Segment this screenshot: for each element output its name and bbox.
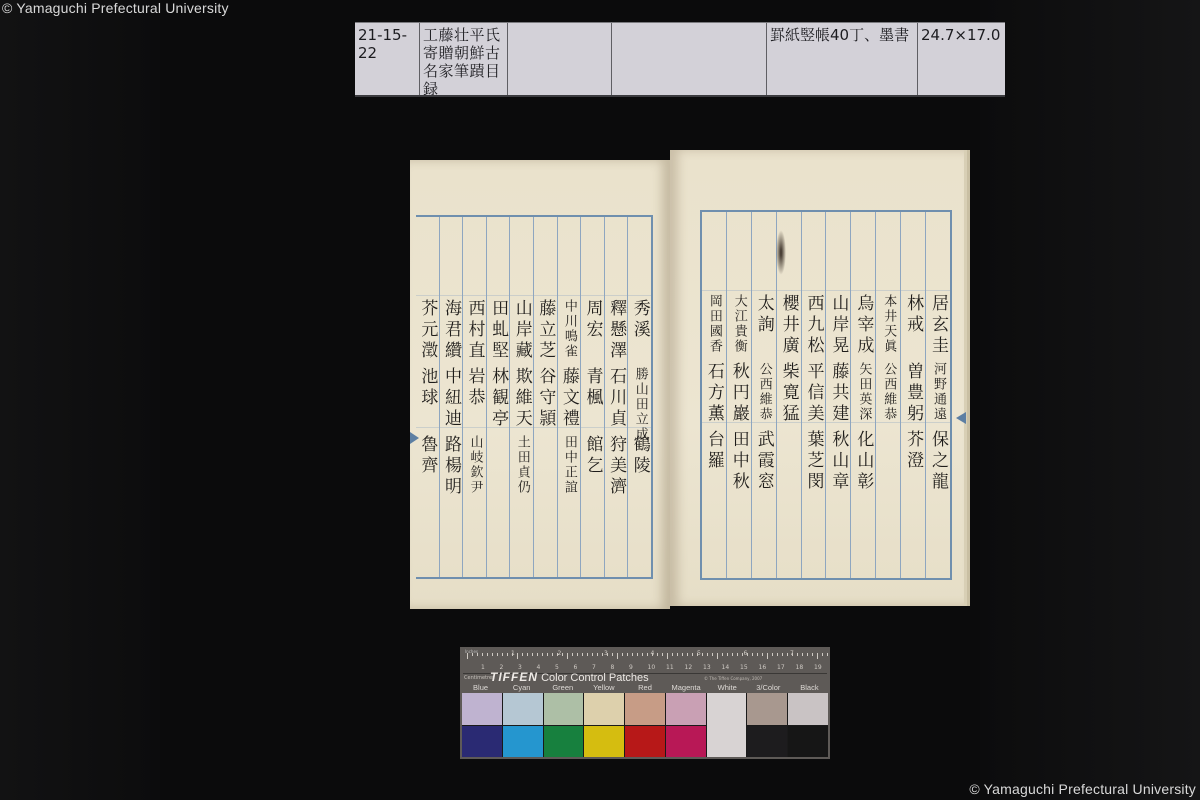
ruler-tick (507, 653, 508, 656)
ruler-tick (497, 653, 498, 656)
ruler-tick (807, 653, 808, 656)
catalog-id: 21-15-22 (355, 23, 420, 95)
ruler-tick (492, 653, 493, 656)
patch-name: Red (624, 683, 665, 692)
catalog-empty-cell-b (612, 23, 767, 95)
handwritten-name: 武霞窓 (754, 430, 774, 493)
handwritten-name: 田中秋 (729, 430, 749, 493)
ruler-tick (687, 653, 688, 656)
color-patch-3-color-dark (747, 726, 787, 758)
handwritten-name: 青楓 (583, 367, 603, 409)
ruler-tick (772, 653, 773, 656)
catalog-empty-cell-a (508, 23, 612, 95)
ruler-cm-number: 13 (703, 664, 711, 671)
ruler-tick (682, 653, 683, 656)
handwritten-name: 館乞 (583, 435, 603, 477)
handwritten-name: 山岐欽尹 (465, 435, 485, 495)
tiffen-logo: TIFFEN (490, 670, 538, 684)
handwritten-name: 矢田英深 (853, 362, 873, 422)
ruled-column: 中川鳴雀藤文禮田中正誼 (557, 217, 581, 577)
watermark-bottom-right: © Yamaguchi Prefectural University (969, 781, 1196, 797)
patch-name: Yellow (583, 683, 624, 692)
ruled-line (851, 422, 875, 423)
ruler-tick (627, 653, 628, 656)
color-patch-cyan-light (503, 693, 543, 725)
handwritten-name: 魯齊 (417, 435, 437, 477)
handwritten-name: 台羅 (704, 430, 724, 472)
ruler-tick (537, 653, 538, 656)
ruled-column: 芥元澂池球魯齊 (416, 217, 439, 577)
catalog-format: 罫紙竪帳40丁、墨書 (767, 23, 918, 95)
color-patch-green-light (544, 693, 584, 725)
ruler-tick (757, 653, 758, 656)
color-patch-blue-dark (462, 726, 502, 758)
ruler-tick (647, 653, 648, 656)
ruled-line (558, 295, 581, 296)
ruler-tick (717, 653, 718, 659)
ruled-frame-right: 居玄圭河野通遠保之龍林戒曽豊躬芥澄本井天眞公西維恭烏宰成矢田英深化山彰山岸晃藤共… (700, 210, 952, 580)
page-tab-marker (956, 412, 966, 424)
ruler-tick (777, 653, 778, 656)
handwritten-name: 居玄圭 (928, 294, 948, 357)
color-patch-cyan-dark (503, 726, 543, 758)
handwritten-name: 海君纘 (441, 299, 461, 362)
ruler-tick (662, 653, 663, 656)
ruler-tick (752, 653, 753, 656)
handwritten-name: 本井天眞 (878, 294, 898, 354)
ruler-tick (732, 653, 733, 656)
ruler-tick (562, 653, 563, 656)
ruler-tick (702, 653, 703, 656)
color-patch-magenta-light (666, 693, 706, 725)
ruled-line (752, 422, 776, 423)
handwritten-name: 池球 (417, 367, 437, 409)
ruled-column: 藤立芝谷守頴 (533, 217, 557, 577)
handwritten-name: 中紐迪 (441, 367, 461, 430)
ruled-column: 太詢公西維恭武霞窓 (751, 212, 776, 578)
ruled-line (876, 290, 900, 291)
ruled-line (581, 295, 604, 296)
handwritten-name: 秋円巖 (729, 362, 749, 425)
ruler-inch-number: 6 (744, 650, 748, 657)
ruler-cm-number: 16 (759, 664, 767, 671)
ruler-cm-number: 18 (796, 664, 804, 671)
handwritten-name: 石方薫 (704, 362, 724, 425)
color-patch-red-dark (625, 726, 665, 758)
ruler-tick (552, 653, 553, 656)
handwritten-name: 曽豊躬 (903, 362, 923, 425)
ruled-column: 居玄圭河野通遠保之龍 (925, 212, 950, 578)
ruler-tick (482, 653, 483, 656)
ruler-tick (827, 653, 828, 656)
ruler-tick (767, 653, 768, 659)
handwritten-name: 土田貞仍 (512, 435, 532, 495)
ruler-tick (802, 653, 803, 656)
ruler-tick (712, 653, 713, 656)
handwritten-name: 化山彰 (853, 430, 873, 493)
ruled-line (802, 290, 826, 291)
color-control-chart: Inches 123456789101112131415161718191234… (460, 647, 830, 759)
ruler-tick (787, 653, 788, 656)
handwritten-name: 芥澄 (903, 430, 923, 472)
handwritten-name: 河野通遠 (928, 362, 948, 422)
ruled-line (727, 290, 751, 291)
ruler-tick (692, 653, 693, 656)
patch-name: Green (542, 683, 583, 692)
handwritten-name: 公西維恭 (754, 362, 774, 422)
handwritten-name: 欺維天 (512, 367, 532, 430)
ruler-tick (587, 653, 588, 656)
ruler-tick (602, 653, 603, 656)
color-patch-black-dark (788, 726, 828, 758)
ruled-column: 山岸藏欺維天土田貞仍 (509, 217, 533, 577)
watermark-top-left: © Yamaguchi Prefectural University (2, 0, 229, 16)
handwritten-name: 勝山田立成 (630, 367, 650, 442)
ruled-column: 山岸晃藤共建秋山章 (825, 212, 850, 578)
ruler-tick (547, 653, 548, 656)
ruler-tick (632, 653, 633, 656)
patch-name: Blue (460, 683, 501, 692)
handwritten-name: 鶴陵 (630, 435, 650, 477)
ruler-tick (822, 653, 823, 656)
ruler-inch-number: 5 (697, 650, 701, 657)
ruler-tick (762, 653, 763, 656)
ruled-column: 岡田國香石方薫台羅 (702, 212, 726, 578)
ruled-column: 秀溪勝山田立成鶴陵 (627, 217, 651, 577)
ruler-tick (477, 653, 478, 656)
ruled-line (702, 290, 726, 291)
catalog-table-row: 21-15-22 工藤壮平氏寄贈朝鮮古名家筆蹟目録 罫紙竪帳40丁、墨書 24.… (355, 22, 1005, 97)
ruled-column: 本井天眞公西維恭 (875, 212, 900, 578)
handwritten-name: 田虬堅 (488, 299, 508, 362)
ruled-column: 周宏青楓館乞 (580, 217, 604, 577)
handwritten-name: 櫻井廣 (779, 294, 799, 357)
handwritten-name: 太詢 (754, 294, 774, 336)
patch-name: Magenta (666, 683, 707, 692)
ruled-line (487, 295, 510, 296)
ruled-column: 烏宰成矢田英深化山彰 (850, 212, 875, 578)
ruled-column: 西村直岩恭山岐欽尹 (462, 217, 486, 577)
ruler-tick (572, 653, 573, 656)
ruler-tick (582, 653, 583, 656)
ruler-cm-number: 11 (666, 664, 674, 671)
ruler-tick (737, 653, 738, 656)
handwritten-name: 狩美濟 (606, 435, 626, 498)
ruled-line (628, 295, 651, 296)
handwritten-name: 柴寛猛 (779, 362, 799, 425)
color-patch-blue-light (462, 693, 502, 725)
chart-copyright: © The Tiffen Company, 2007 (704, 676, 762, 681)
handwritten-name: 藤共建 (828, 362, 848, 425)
color-patch-yellow-light (584, 693, 624, 725)
ruler-tick (657, 653, 658, 656)
background-right (980, 0, 1200, 800)
ruled-column: 林戒曽豊躬芥澄 (900, 212, 925, 578)
ruled-line (926, 290, 950, 291)
handwritten-name: 平信美 (804, 362, 824, 425)
ruler-tick (502, 653, 503, 656)
ink-stain (776, 230, 786, 275)
ruler-tick (642, 653, 643, 656)
ruler-tick (522, 653, 523, 656)
handwritten-name: 田中正誼 (559, 435, 579, 495)
ruled-line (605, 295, 628, 296)
patch-name: Cyan (501, 683, 542, 692)
ruler-tick (517, 653, 518, 659)
ruler-tick (577, 653, 578, 656)
ruler-tick (707, 653, 708, 656)
handwritten-name: 公西維恭 (878, 362, 898, 422)
ruler-tick (617, 653, 618, 659)
chart-brand-title: TIFFEN Color Control Patches (490, 670, 649, 684)
handwritten-name: 保之龍 (928, 430, 948, 493)
handwritten-name: 芥元澂 (417, 299, 437, 362)
ruler-cm-number: 19 (814, 664, 822, 671)
ruled-line (777, 290, 801, 291)
handwritten-name: 路楊明 (441, 435, 461, 498)
handwritten-name: 林観亭 (488, 367, 508, 430)
ruler-tick (542, 653, 543, 656)
handwritten-name: 岡田國香 (704, 294, 724, 354)
handwritten-name: 谷守頴 (535, 367, 555, 430)
ruler-tick (727, 653, 728, 656)
handwritten-name: 秋山章 (828, 430, 848, 493)
handwritten-name: 石川貞 (606, 367, 626, 430)
color-patch-white-light (707, 693, 747, 757)
ruled-line (416, 295, 439, 296)
ruled-column: 田虬堅林観亭 (486, 217, 510, 577)
ruler-inch-number: 4 (651, 650, 655, 657)
patch-name: White (707, 683, 748, 692)
handwritten-name: 釋懸澤 (606, 299, 626, 362)
ruler-cm-number: 17 (777, 664, 785, 671)
handwritten-name: 岩恭 (465, 367, 485, 409)
ruled-line (826, 290, 850, 291)
color-patch-magenta-dark (666, 726, 706, 758)
ruler-tick (487, 653, 488, 656)
ruler-tick (472, 653, 473, 656)
ruler-cm-number: 15 (740, 664, 748, 671)
ruler-tick (782, 653, 783, 656)
handwritten-name: 西九松 (804, 294, 824, 357)
patch-name: Black (789, 683, 830, 692)
color-patch-yellow-dark (584, 726, 624, 758)
ruler-tick (812, 653, 813, 656)
ruler-cm-number: 12 (685, 664, 693, 671)
ruler-tick (667, 653, 668, 659)
ruled-line (901, 290, 925, 291)
color-patch-red-light (625, 693, 665, 725)
ruler-tick (532, 653, 533, 656)
catalog-title: 工藤壮平氏寄贈朝鮮古名家筆蹟目録 (420, 23, 508, 95)
ruler-inch-number: 1 (511, 650, 515, 657)
handwritten-name: 烏宰成 (853, 294, 873, 357)
ruled-column: 海君纘中紐迪路楊明 (439, 217, 463, 577)
ruler-cm-number: 14 (722, 664, 730, 671)
handwritten-name: 西村直 (465, 299, 485, 362)
ruled-line (510, 295, 533, 296)
ruler-inch-number: 7 (790, 650, 794, 657)
ruled-line (851, 290, 875, 291)
ruler-tick (677, 653, 678, 656)
ruled-column: 大江貴衡秋円巖田中秋 (726, 212, 751, 578)
ruler-tick (597, 653, 598, 656)
ruled-frame-left: 秀溪勝山田立成鶴陵釋懸澤石川貞狩美濟周宏青楓館乞中川鳴雀藤文禮田中正誼藤立芝谷守… (416, 215, 653, 579)
handwritten-name: 大江貴衡 (729, 294, 749, 354)
ruled-line (752, 290, 776, 291)
ruler-tick (797, 653, 798, 656)
color-patches (462, 693, 828, 757)
ruler-tick (612, 653, 613, 656)
background-left (0, 0, 160, 800)
color-patch-3-color-light (747, 693, 787, 725)
handwritten-name: 藤立芝 (535, 299, 555, 362)
book-right-page: 居玄圭河野通遠保之龍林戒曽豊躬芥澄本井天眞公西維恭烏宰成矢田英深化山彰山岸晃藤共… (670, 150, 964, 606)
ruled-line (463, 295, 486, 296)
ruler-tick (567, 653, 568, 659)
handwritten-name: 林戒 (903, 294, 923, 336)
ruled-line (581, 427, 604, 428)
ruler-tick (672, 653, 673, 656)
ruler-tick (722, 653, 723, 656)
ruler-tick (527, 653, 528, 656)
ruler-inch-number: 3 (604, 650, 608, 657)
ruler-tick (817, 653, 818, 659)
color-patch-green-dark (544, 726, 584, 758)
handwritten-name: 秀溪 (630, 299, 650, 341)
patch-name: 3/Color (748, 683, 789, 692)
handwritten-name: 周宏 (583, 299, 603, 341)
ruled-column: 釋懸澤石川貞狩美濟 (604, 217, 628, 577)
patch-names: BlueCyanGreenYellowRedMagentaWhite3/Colo… (460, 683, 830, 692)
ruled-line (463, 427, 486, 428)
ruler-inch-number: 2 (558, 650, 562, 657)
ruled-line (876, 422, 900, 423)
handwritten-name: 山岸晃 (828, 294, 848, 357)
handwritten-name: 葉芝閔 (804, 430, 824, 493)
ruled-line (534, 295, 557, 296)
ruled-column: 西九松平信美葉芝閔 (801, 212, 826, 578)
ruled-line (926, 422, 950, 423)
catalog-size: 24.7×17.0 (918, 23, 1005, 95)
ruler-tick (622, 653, 623, 656)
ruler-cm-number: 1 (481, 664, 485, 671)
ruled-line (440, 295, 463, 296)
handwritten-name: 藤文禮 (559, 367, 579, 430)
handwritten-name: 中川鳴雀 (559, 299, 579, 359)
ruled-line (416, 427, 439, 428)
ruler-tick (467, 653, 468, 659)
color-patch-black-light (788, 693, 828, 725)
handwritten-name: 山岸藏 (512, 299, 532, 362)
ruler-tick (637, 653, 638, 656)
book-left-page: 秀溪勝山田立成鶴陵釋懸澤石川貞狩美濟周宏青楓館乞中川鳴雀藤文禮田中正誼藤立芝谷守… (410, 160, 670, 609)
ruler-tick (592, 653, 593, 656)
